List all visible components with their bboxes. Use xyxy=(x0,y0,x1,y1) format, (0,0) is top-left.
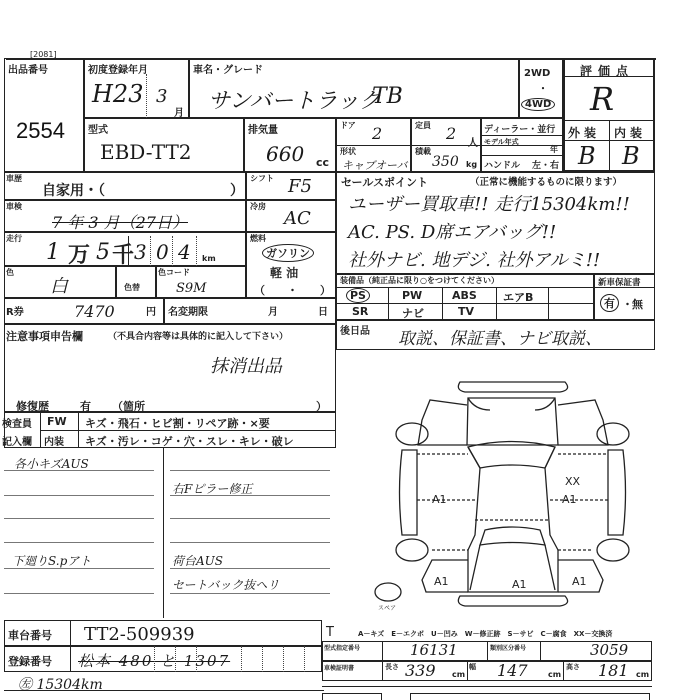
lot-number: 2554 xyxy=(16,118,65,144)
spare-label: スペア xyxy=(378,605,396,612)
inspection-label: 車検 xyxy=(6,201,22,212)
vehicle-name: サンバートラック xyxy=(208,84,381,115)
doors-value: 2 xyxy=(372,124,382,143)
lot-label: 出品番号 xyxy=(8,61,48,76)
mileage-unit: km xyxy=(202,254,216,263)
equip-sr: SR xyxy=(352,305,368,318)
drive-dot: ・ xyxy=(538,80,548,95)
chassis-value: TT2-509939 xyxy=(84,624,195,645)
inspector-note-right-4: 荷台AUS xyxy=(172,552,223,569)
height-label: 高さ xyxy=(566,662,580,672)
displacement-unit: cc xyxy=(316,156,329,169)
name-change-month: 月 xyxy=(268,303,278,318)
recycle-fee: 7470 xyxy=(74,302,115,321)
interior-items: キズ・汚レ・コゲ・穴・スレ・キレ・破レ xyxy=(85,433,294,449)
reg-number-label: 登録番号 xyxy=(8,653,52,669)
equip-abs: ABS xyxy=(452,289,477,302)
exterior-grade: B xyxy=(578,142,596,170)
inspector-label-bottom: 記入欄 xyxy=(2,433,32,448)
mileage-sen: 5 xyxy=(96,240,110,265)
grade-overall: R xyxy=(590,80,614,118)
type-cert-label: 型式指定番号 xyxy=(324,643,360,652)
type-cert-value: 16131 xyxy=(410,641,458,659)
mileage-digit-1: 3 xyxy=(134,240,147,264)
capacity-unit: 人 xyxy=(468,134,478,149)
length-label: 長さ xyxy=(385,662,399,672)
ac-label: 冷房 xyxy=(250,201,266,212)
vehicle-grade: TB xyxy=(372,84,403,109)
warranty-no: 無 xyxy=(632,296,643,312)
history-close: ） xyxy=(230,180,244,200)
damage-mark-rear-right: A1 xyxy=(572,575,587,588)
chassis-label: 車台番号 xyxy=(8,627,52,643)
body-label: 形状 xyxy=(340,146,356,157)
history-box xyxy=(4,172,246,200)
equip-ps-circled: PS xyxy=(346,288,370,303)
notes-label: 注意事項申告欄 xyxy=(6,328,83,344)
equip-navi: ナビ xyxy=(402,305,424,321)
width-unit: cm xyxy=(548,670,561,679)
inspection-value: 7 年 3 月（27日） xyxy=(52,210,188,233)
mileage-man-unit: 万 xyxy=(68,238,90,269)
mark-t: T xyxy=(326,625,334,640)
body-value: キャブオーバ xyxy=(342,157,407,173)
handle-label: ハンドル xyxy=(484,158,520,171)
front-bumper-icon xyxy=(458,382,567,392)
name-change-label: 名変期限 xyxy=(168,303,208,318)
mileage-note: ㊧ 15304km xyxy=(18,674,103,694)
shift-label: シフト xyxy=(250,173,274,184)
shift-value: F5 xyxy=(288,176,312,197)
warranty-yes-circled: 有 xyxy=(600,294,619,312)
mileage-digit-3: 4 xyxy=(178,240,191,264)
fuel-diesel: 軽 油 xyxy=(270,264,298,281)
color-value: 白 xyxy=(50,272,68,298)
width-value: 147 xyxy=(497,661,528,680)
drive-2wd: 2WD xyxy=(524,68,550,79)
inspector-note-left-4: 下廻りS.pアト xyxy=(12,552,91,569)
inspector-note-right-2: 右Fピラー修正 xyxy=(172,480,252,497)
model-year-unit: 年 xyxy=(550,144,558,155)
inspector-interior-label: 内装 xyxy=(44,433,64,448)
load-value: 350 xyxy=(432,154,459,170)
inspector-label-top: 検査員 xyxy=(2,415,32,430)
dims-label: 車検証明書 xyxy=(324,663,354,672)
handle-value: 左・右 xyxy=(532,158,559,171)
damage-mark-right: A1 xyxy=(562,493,577,506)
fuel-gasoline-circled: ガソリン xyxy=(262,244,314,262)
color-code-value: S9M xyxy=(176,281,207,296)
interior-grade: B xyxy=(622,142,640,170)
registration-label: 初度登録年月 xyxy=(88,61,148,76)
later-items-label: 後日品 xyxy=(340,322,370,337)
inspector-note-right-5: セートバック抜ヘリ xyxy=(172,576,279,593)
month-unit: 月 xyxy=(174,104,184,119)
color-code-label: 色コード xyxy=(158,267,190,278)
history-label: 車歴 xyxy=(6,173,22,184)
class-value: 3059 xyxy=(590,641,628,659)
height-unit: cm xyxy=(636,670,649,679)
doors-label: ドア xyxy=(340,120,356,131)
sales-point-line-2: AC. PS. D席エアバッグ!! xyxy=(348,218,556,244)
dealer-label: ディーラー・並行 xyxy=(484,122,555,135)
drive-4wd-circled: 4WD xyxy=(521,98,555,111)
damage-mark-right-xx: XX xyxy=(565,475,581,488)
recycle-unit: 円 xyxy=(146,303,156,318)
sales-points-note: （正常に機能するものに限ります） xyxy=(470,174,622,188)
car-damage-diagram: A1 XX A1 A1 A1 A1 スペア xyxy=(340,370,640,615)
notes-note: （不具合内容等は具体的に記入して下さい） xyxy=(108,329,288,342)
length-unit: cm xyxy=(452,670,465,679)
width-label: 幅 xyxy=(469,662,476,672)
color-change-label: 色替 xyxy=(124,282,140,293)
damage-legend: A－キズ E－エクボ U－凹み W－修正跡 S－サビ C－腐食 XX－交換済 xyxy=(358,629,612,639)
vehicle-name-label: 車名・グレード xyxy=(193,61,263,76)
model-label: 型式 xyxy=(88,121,108,136)
mileage-sen-unit: 千 xyxy=(112,238,134,269)
notes-value: 抹消出品 xyxy=(210,352,282,378)
history-value: 自家用・（ xyxy=(42,180,105,200)
equip-airbag: エアB xyxy=(503,289,533,305)
equipment-label: 装備品（純正品に限り○をつけてください） xyxy=(340,275,499,286)
load-unit: kg xyxy=(466,160,477,169)
damage-mark-rear-center: A1 xyxy=(512,578,527,591)
fuel-other: （ ・ ） xyxy=(254,282,331,298)
registration-year: H23 xyxy=(92,80,143,108)
capacity-label: 定員 xyxy=(415,120,431,131)
spare-tire-icon xyxy=(375,583,401,601)
sales-points-label: セールスポイント xyxy=(341,174,428,190)
bottom-box-right xyxy=(410,693,650,700)
length-value: 339 xyxy=(405,661,436,680)
later-items-value: 取説、保証書、ナビ取説、 xyxy=(398,324,602,349)
displacement-label: 排気量 xyxy=(248,121,278,136)
ac-value: AC xyxy=(284,208,311,229)
exterior-label: 外装 xyxy=(568,124,600,141)
name-change-day: 日 xyxy=(318,303,328,318)
equip-pw: PW xyxy=(402,289,422,302)
mileage-digit-2: 0 xyxy=(156,240,169,264)
load-label: 積載 xyxy=(415,146,431,157)
color-label: 色 xyxy=(6,267,14,278)
recycle-label: R券 xyxy=(6,303,24,318)
sales-point-line-3: 社外ナビ. 地デジ. 社外アルミ!! xyxy=(348,246,600,272)
fw-items: キズ・飛石・ヒビ割・リペア跡・×要 xyxy=(85,415,270,431)
fw-label: FW xyxy=(47,415,67,428)
fuel-label: 燃料 xyxy=(250,233,266,244)
interior-label: 内装 xyxy=(614,124,646,141)
displacement-value: 660 xyxy=(266,142,304,166)
damage-mark-rear-left: A1 xyxy=(434,575,449,588)
model-year-label: モデル年式 xyxy=(484,137,519,147)
sales-point-line-1: ユーザー買取車!! 走行15304km!! xyxy=(348,190,630,216)
registration-month: 3 xyxy=(156,86,167,107)
class-label: 類別区分番号 xyxy=(490,643,526,652)
capacity-value: 2 xyxy=(446,124,456,143)
damage-mark-left: A1 xyxy=(432,493,447,506)
bottom-box-left xyxy=(322,693,382,700)
mileage-man: 1 xyxy=(46,240,60,265)
equip-tv: TV xyxy=(458,305,474,318)
mileage-label: 走行 xyxy=(6,233,22,244)
inspector-note-left-1: 各小キズAUS xyxy=(14,455,89,472)
model-value: EBD-TT2 xyxy=(100,140,192,164)
height-value: 181 xyxy=(598,661,629,680)
